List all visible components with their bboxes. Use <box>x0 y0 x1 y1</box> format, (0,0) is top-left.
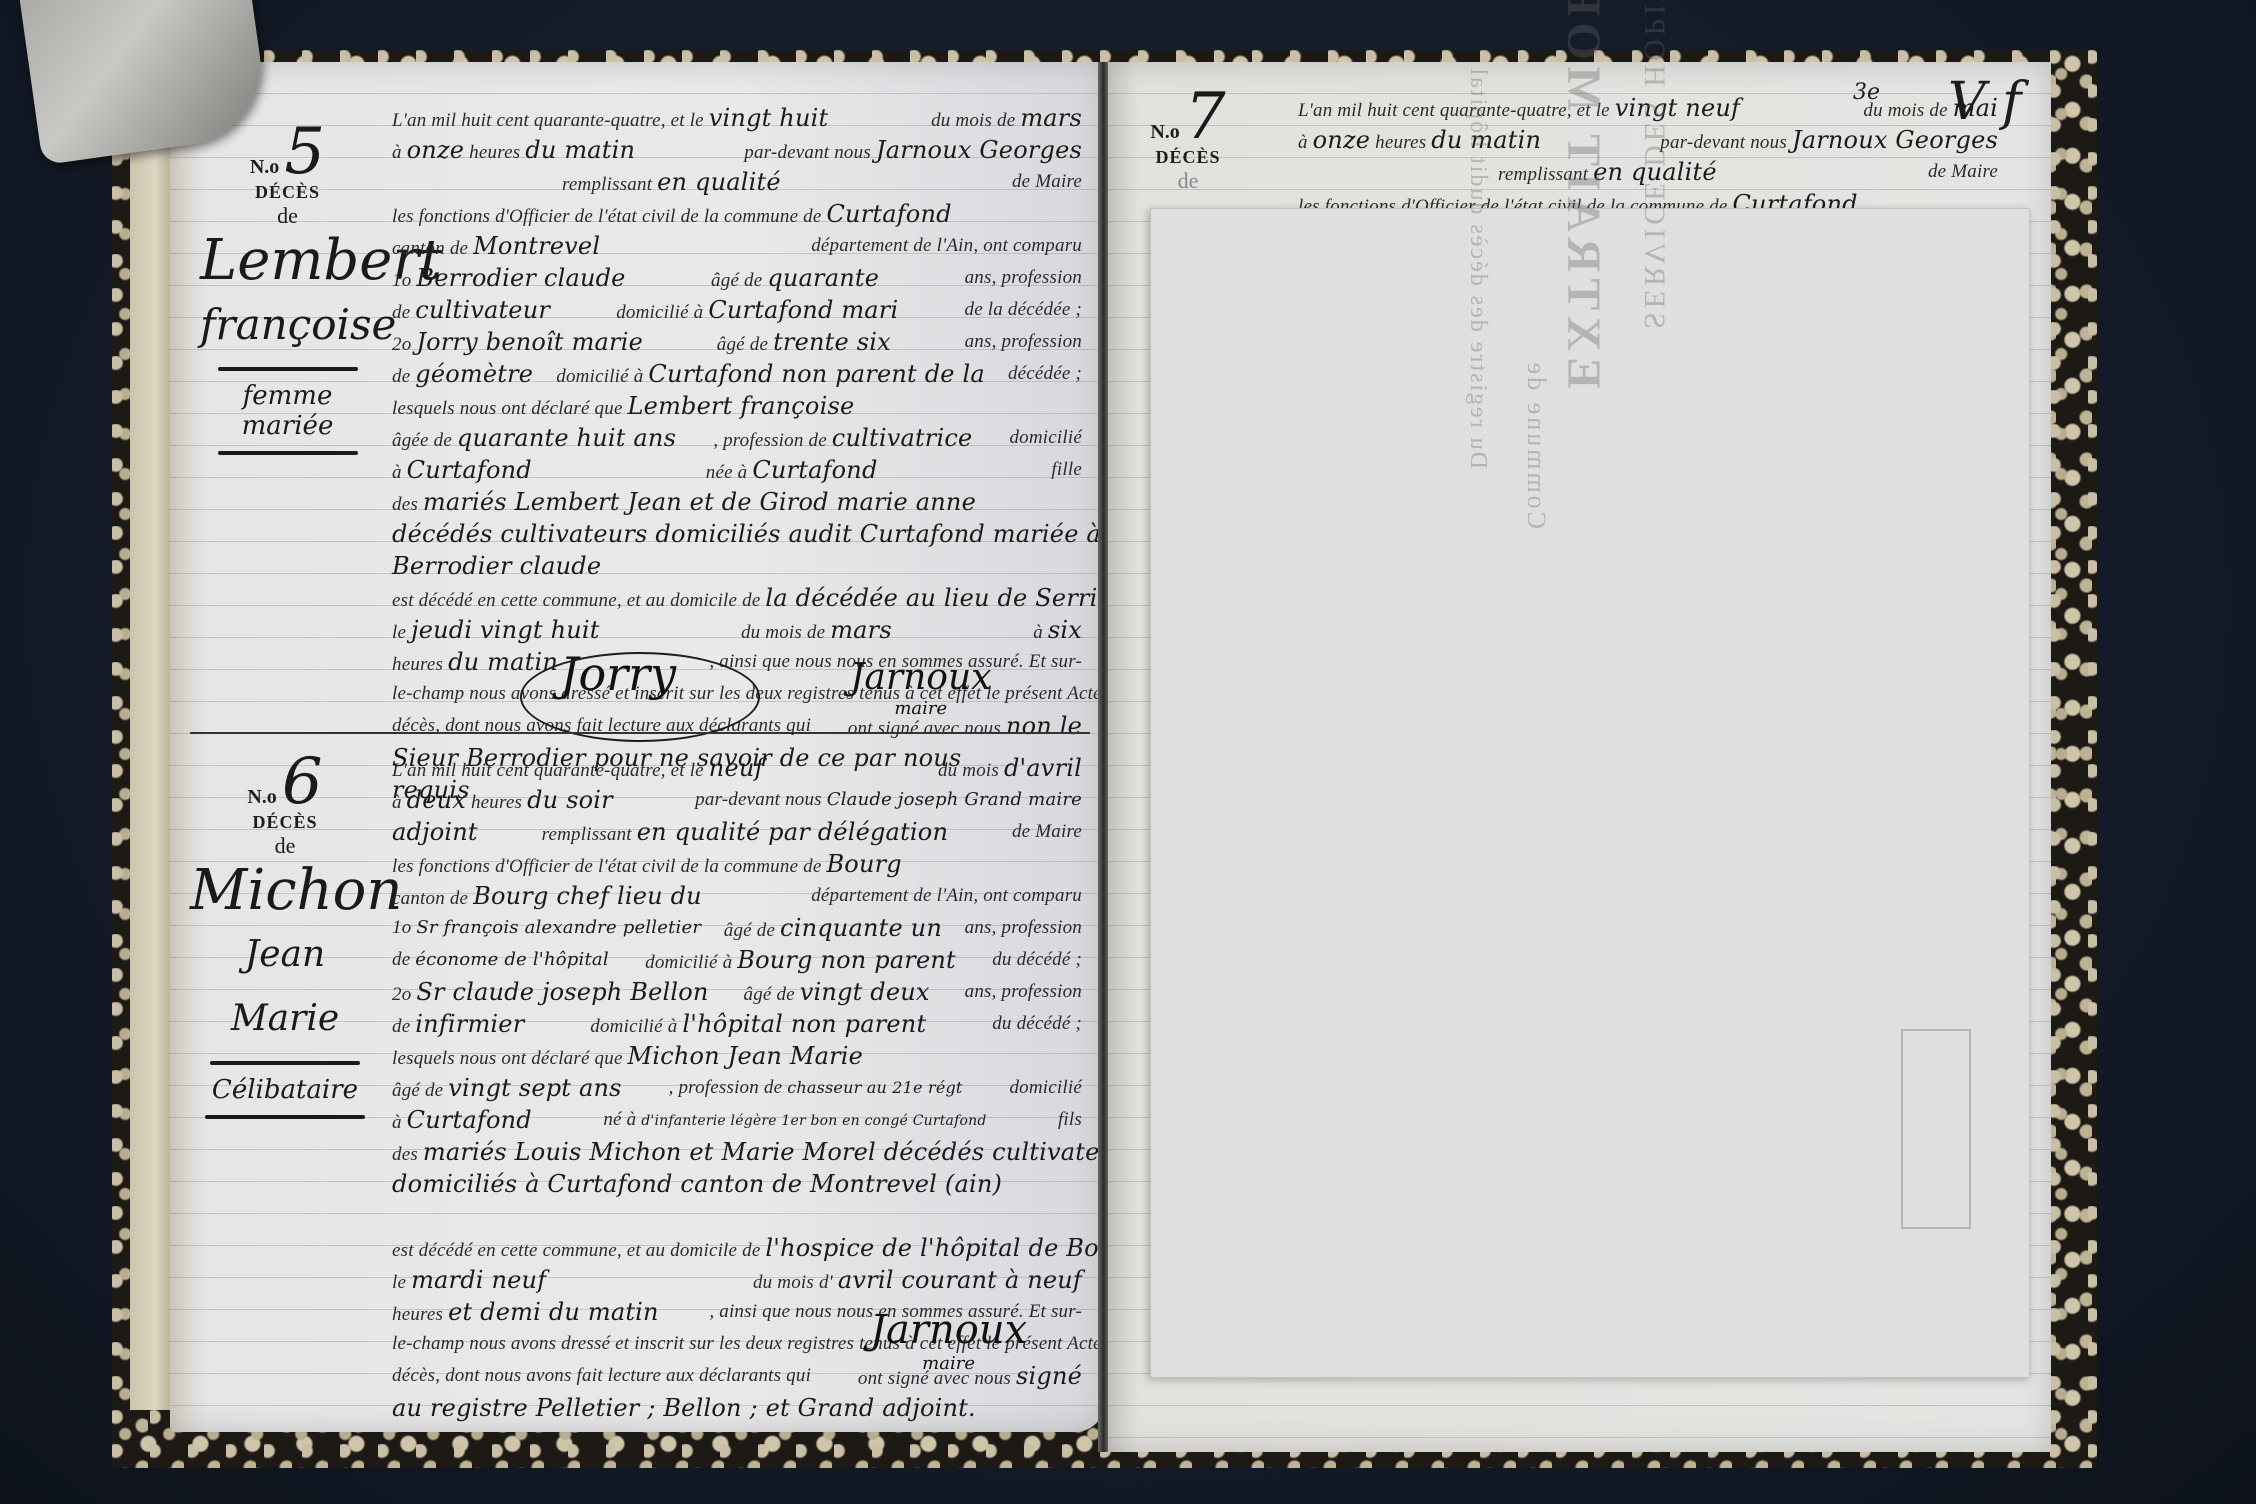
left-page: N.o 5 DÉCÈS de Lembert françoise femme m… <box>170 62 1105 1432</box>
civil-status: Célibataire <box>190 1075 380 1105</box>
deceased-given-name: Jean Marie <box>190 923 380 1051</box>
text-line: à onze heures du matinpar-devant nous Ja… <box>392 134 1082 166</box>
text-line: 2o Sr claude joseph Bellonâgé de vingt d… <box>392 976 1082 1008</box>
text-line: canton de Montreveldépartement de l'Ain,… <box>392 230 1082 262</box>
text-line: les fonctions d'Officier de l'état civil… <box>392 198 1082 230</box>
text-line: est décédé en cette commune, et au domic… <box>392 582 1082 614</box>
text-line: 1o Berrodier claudeâgé de quaranteans, p… <box>392 262 1082 294</box>
signature-mayor: Jarnoux maire <box>850 657 991 719</box>
stamp-box <box>1901 1029 1971 1229</box>
text-line: 2o Jorry benoît marieâgé de trente sixan… <box>392 326 1082 358</box>
text-line: L'an mil huit cent quarante-quatre, et l… <box>392 102 1082 134</box>
text-line: à deux heures du soirpar-devant nous Cla… <box>392 784 1082 816</box>
deces-label: DÉCÈS <box>200 182 375 203</box>
entry-number: 5 <box>284 115 325 189</box>
signature-mayor: Jarnoux maire <box>870 1307 1027 1374</box>
entry-number: 7 <box>1185 80 1226 154</box>
de-label: de <box>200 203 375 229</box>
text-line: le mardi neufdu mois d' avril courant à … <box>392 1264 1082 1296</box>
margin-rule <box>218 451 358 455</box>
bleed-text: SERVICE DES HOPITAUX MILITAIRES <box>1637 0 1671 329</box>
deceased-given-name: françoise <box>200 293 375 357</box>
text-line: de géomètredomicilié à Curtafond non par… <box>392 358 1082 390</box>
text-line: des mariés Louis Michon et Marie Morel d… <box>392 1136 1082 1168</box>
civil-status: femme mariée <box>200 381 375 441</box>
de-label: de <box>1128 168 1248 194</box>
text-line: décédés cultivateurs domiciliés audit Cu… <box>392 518 1082 550</box>
margin-rule <box>218 367 358 371</box>
margin-rule <box>205 1115 365 1119</box>
text-line: 1o Sr françois alexandre pelletierâgé de… <box>392 912 1082 944</box>
text-line: âgé de vingt sept ans, profession de cha… <box>392 1072 1082 1104</box>
text-line: les fonctions d'Officier de l'état civil… <box>392 848 1082 880</box>
de-label: de <box>190 833 380 859</box>
text-line: est décédé en cette commune, et au domic… <box>392 1232 1082 1264</box>
bleed-text: Commune de <box>1521 360 1551 529</box>
text-line: le jeudi vingt huitdu mois de marsà six <box>392 614 1082 646</box>
entry-number: 6 <box>282 745 323 819</box>
deceased-surname: Michon <box>190 859 380 923</box>
text-line: à Curtafondnée à Curtafondfille <box>392 454 1082 486</box>
number-label: N.o <box>1150 121 1179 143</box>
text-line <box>392 1200 1082 1232</box>
text-line: des mariés Lembert Jean et de Girod mari… <box>392 486 1082 518</box>
entry-7-margin: N.o 7 DÉCÈS de <box>1128 87 1248 194</box>
number-label: N.o <box>247 786 276 808</box>
deceased-surname: Lembert <box>200 229 375 293</box>
text-line: L'an mil huit cent quarante-quatre, et l… <box>392 752 1082 784</box>
text-line: adjointremplissant en qualité par déléga… <box>392 816 1082 848</box>
text-line: lesquels nous ont déclaré que Lembert fr… <box>392 390 1082 422</box>
text-line: au registre Pelletier ; Bellon ; et Gran… <box>392 1392 1082 1424</box>
text-line: remplissant en qualitéde Maire <box>392 166 1082 198</box>
margin-rule <box>210 1061 360 1065</box>
text-line: lesquels nous ont déclaré que Michon Jea… <box>392 1040 1082 1072</box>
entry-separator <box>190 732 1090 734</box>
entry-5-margin: N.o 5 DÉCÈS de Lembert françoise femme m… <box>200 122 375 465</box>
entry-6-margin: N.o 6 DÉCÈS de Michon Jean Marie Célibat… <box>190 752 380 1129</box>
inserted-death-extract-sheet[interactable]: SERVICE DES HOPITAUX MILITAIRES EXTRAIT … <box>1150 208 2030 1378</box>
text-line: de économe de l'hôpitaldomicilié à Bourg… <box>392 944 1082 976</box>
number-label: N.o <box>250 156 279 178</box>
deces-label: DÉCÈS <box>1128 147 1248 168</box>
bleed-text: EXTRAIT MORTUAIRE <box>1556 0 1611 389</box>
signature-flourish <box>520 652 760 742</box>
text-line: âgée de quarante huit ans, profession de… <box>392 422 1082 454</box>
text-line: canton de Bourg chef lieu dudépartement … <box>392 880 1082 912</box>
deces-label: DÉCÈS <box>190 812 380 833</box>
text-line: à Curtafondné à d'infanterie légère 1er … <box>392 1104 1082 1136</box>
text-line: de infirmierdomicilié à l'hôpital non pa… <box>392 1008 1082 1040</box>
text-line: domiciliés à Curtafond canton de Montrev… <box>392 1168 1082 1200</box>
text-line: Berrodier claude <box>392 550 1082 582</box>
bleed-text: Du registre des décès dudit hôpital <box>1464 66 1491 469</box>
text-line: de cultivateurdomicilié à Curtafond mari… <box>392 294 1082 326</box>
